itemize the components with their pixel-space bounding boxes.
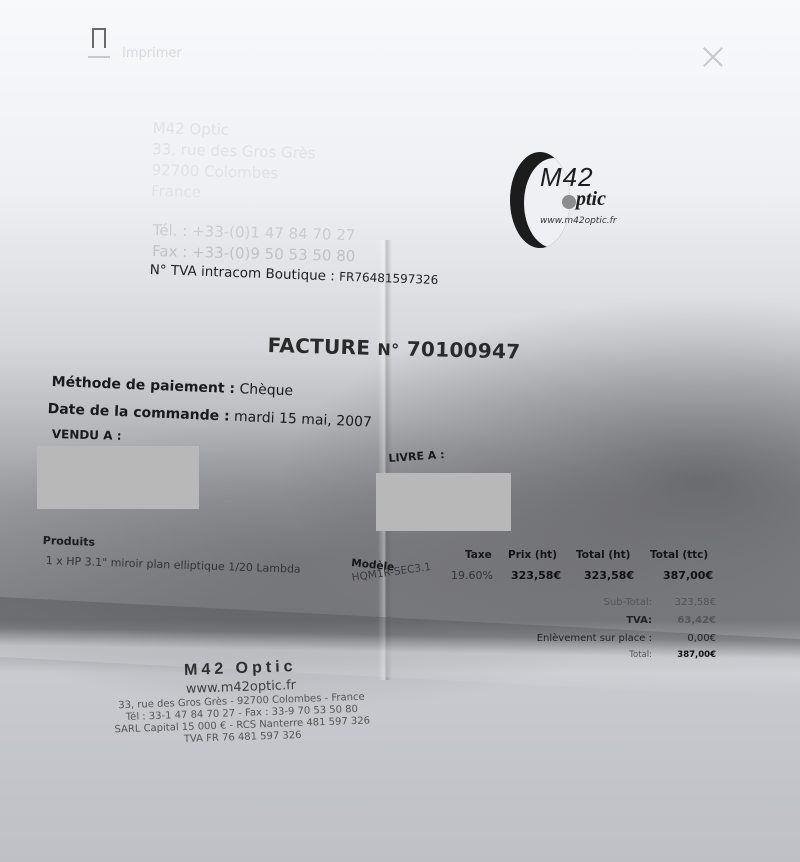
redacted-shipping-address: [376, 473, 511, 531]
product-description: 1 x HP 3.1" miroir plan elliptique 1/20 …: [46, 554, 301, 576]
payment-method-label: Méthode de paiement :: [51, 374, 235, 397]
company-contact: Tél. : +33-(0)1 47 84 70 27 Fax : +33-(0…: [152, 220, 356, 267]
total-ht-header: Total (ht): [576, 549, 630, 561]
total-ttc-value: 387,00€: [663, 569, 713, 582]
summary-tva: TVA:63,42€: [452, 615, 716, 626]
sold-to-label: VENDU A :: [52, 427, 122, 443]
payment-method-value: Chèque: [239, 381, 293, 399]
price-ht-header: Prix (ht): [508, 549, 557, 561]
subtotal-value: 323,58€: [662, 597, 716, 608]
logo-url: www.m42optic.fr: [540, 216, 617, 226]
company-address: M42 Optic 33, rue des Gros Grès 92700 Co…: [151, 118, 317, 206]
tax-header: Taxe: [465, 549, 492, 561]
payment-method: Méthode de paiement : Chèque: [51, 374, 293, 399]
total-ht-value: 323,58€: [584, 569, 634, 582]
company-stamp: M42 Optic www.m42optic.fr 33, rue des Gr…: [80, 654, 403, 748]
order-date: Date de la commande : mardi 15 mai, 2007: [47, 401, 372, 431]
summary-pickup: Enlèvement sur place :0,00€: [452, 633, 716, 644]
print-label: Imprimer: [122, 46, 182, 61]
print-icon: [88, 28, 110, 60]
summary-total: Total:387,00€: [452, 650, 716, 660]
order-date-label: Date de la commande :: [47, 401, 230, 425]
logo-brand-bottom: ptic: [576, 188, 606, 211]
tva-sum-value: 63,42€: [662, 615, 716, 626]
m42-optic-logo: M42 ptic www.m42optic.fr: [508, 150, 658, 250]
company-country: France: [151, 181, 315, 206]
total-value: 387,00€: [662, 650, 716, 660]
tva-value: FR76481597326: [339, 270, 439, 287]
redacted-billing-address: [37, 446, 199, 509]
price-ht-value: 323,58€: [511, 569, 561, 582]
subtotal-label: Sub-Total:: [452, 597, 652, 608]
total-label: Total:: [452, 650, 652, 660]
tax-value: 19.60%: [451, 569, 493, 582]
products-header: Produits: [43, 534, 96, 549]
invoice-number-prefix: N°: [377, 340, 399, 360]
tva-sum-label: TVA:: [452, 615, 652, 626]
invoice-number: 70100947: [406, 337, 520, 364]
tva-intracom: N° TVA intracom Boutique : FR76481597326: [149, 262, 438, 288]
summary-subtotal: Sub-Total:323,58€: [452, 597, 716, 608]
delivered-to-label: LIVRE A :: [388, 448, 445, 465]
invoice-title: FACTURE N° 70100947: [267, 333, 520, 364]
pickup-value: 0,00€: [662, 633, 716, 644]
order-date-value: mardi 15 mai, 2007: [234, 409, 372, 431]
logo-dot-icon: [562, 195, 576, 209]
print-button[interactable]: Imprimer: [88, 28, 182, 60]
close-icon[interactable]: [700, 44, 726, 70]
invoice-title-label: FACTURE: [267, 333, 370, 360]
pickup-label: Enlèvement sur place :: [452, 633, 652, 644]
total-ttc-header: Total (ttc): [650, 549, 708, 561]
